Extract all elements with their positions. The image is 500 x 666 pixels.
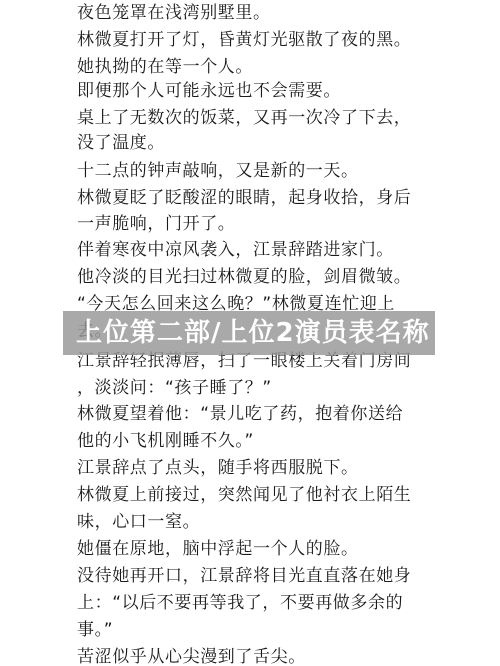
text-line: ，淡淡问：“孩子睡了？”: [77, 377, 272, 399]
text-line: 他冷淡的目光扫过林微夏的脸，剑眉微皱。: [77, 266, 411, 288]
text-line: 林微夏上前接过，突然闻见了他衬衣上陌生: [77, 484, 411, 506]
text-line: 上：“以后不要再等我了，不要再做多余的: [77, 592, 403, 614]
text-line: 味，心口一窒。: [77, 511, 200, 533]
text-line: 林微夏望着他：“景儿吃了药，抱着你送给: [77, 403, 403, 425]
text-line: 苦涩似乎从心尖漫到了舌尖。: [77, 646, 306, 666]
text-line: 桌上了无数次的饭菜，又再一次冷了下去，: [77, 107, 411, 129]
text-line: 林微夏打开了灯，昏黄灯光驱散了夜的黑。: [77, 29, 411, 51]
text-line: 事。”: [77, 619, 113, 641]
text-line: 夜色笼罩在浅湾别墅里。: [77, 2, 271, 24]
text-line: 一声脆响，门开了。: [77, 213, 235, 235]
banner-title: 上位第二部/上位2演员表名称: [76, 313, 430, 353]
text-line: 他的小飞机刚睡不久。”: [77, 430, 254, 452]
text-line: 江景辞点了点头，随手将西服脱下。: [77, 457, 359, 479]
text-line: 没了温度。: [77, 132, 165, 154]
text-line: 林微夏眨了眨酸涩的眼睛，起身收拾，身后: [77, 187, 411, 209]
text-line: 伴着寒夜中凉风袭入，江景辞踏进家门。: [77, 239, 394, 261]
text-line: 即便那个人可能永远也不会需要。: [77, 80, 341, 102]
text-line: 没待她再开口，江景辞将目光直直落在她身: [77, 565, 411, 587]
text-line: 她执拗的在等一个人。: [77, 56, 253, 78]
text-line: 她僵在原地，脑中浮起一个人的脸。: [77, 538, 359, 560]
text-line: 十二点的钟声敲响，又是新的一天。: [77, 160, 359, 182]
